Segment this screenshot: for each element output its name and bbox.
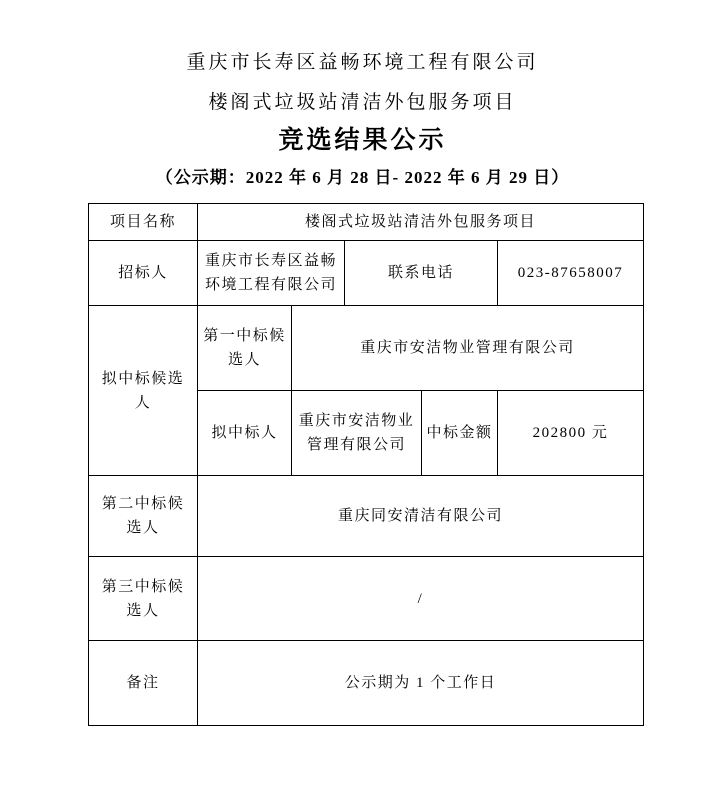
proposed-winner-label: 拟中标人 [198, 391, 292, 476]
remarks-label: 备注 [89, 641, 198, 726]
project-name-value: 楼阁式垃圾站清洁外包服务项目 [198, 204, 644, 241]
announcement-document: 重庆市长寿区益畅环境工程有限公司 楼阁式垃圾站清洁外包服务项目 竞选结果公示 （… [0, 0, 725, 726]
publicity-period: （公示期：2022 年 6 月 28 日- 2022 年 6 月 29 日） [0, 166, 725, 190]
second-candidate-value: 重庆同安清洁有限公司 [198, 476, 644, 557]
table-row-project-name: 项目名称 楼阁式垃圾站清洁外包服务项目 [89, 204, 644, 241]
second-candidate-label: 第二中标候 选人 [89, 476, 198, 557]
third-candidate-value: / [198, 557, 644, 641]
table-row-tenderer: 招标人 重庆市长寿区益畅 环境工程有限公司 联系电话 023-87658007 [89, 241, 644, 306]
tenderer-value: 重庆市长寿区益畅 环境工程有限公司 [198, 241, 345, 306]
announcement-heading: 竞选结果公示 [0, 125, 725, 157]
bid-amount-label: 中标金额 [422, 391, 498, 476]
first-candidate-label: 第一中标候 选人 [198, 306, 292, 391]
contact-phone-label: 联系电话 [345, 241, 498, 306]
tenderer-label: 招标人 [89, 241, 198, 306]
table-row-third-candidate: 第三中标候 选人 / [89, 557, 644, 641]
table-row-first-candidate: 拟中标候选 人 第一中标候 选人 重庆市安洁物业管理有限公司 [89, 306, 644, 391]
remarks-value: 公示期为 1 个工作日 [198, 641, 644, 726]
table-row-remarks: 备注 公示期为 1 个工作日 [89, 641, 644, 726]
company-title: 重庆市长寿区益畅环境工程有限公司 [0, 50, 725, 76]
contact-phone-value: 023-87658007 [498, 241, 644, 306]
third-candidate-label: 第三中标候 选人 [89, 557, 198, 641]
bid-amount-value: 202800 元 [498, 391, 644, 476]
result-table: 项目名称 楼阁式垃圾站清洁外包服务项目 招标人 重庆市长寿区益畅 环境工程有限公… [88, 203, 644, 726]
table-row-second-candidate: 第二中标候 选人 重庆同安清洁有限公司 [89, 476, 644, 557]
candidates-group-label: 拟中标候选 人 [89, 306, 198, 476]
proposed-winner-value: 重庆市安洁物业 管理有限公司 [292, 391, 422, 476]
project-title: 楼阁式垃圾站清洁外包服务项目 [0, 90, 725, 116]
project-name-label: 项目名称 [89, 204, 198, 241]
first-candidate-value: 重庆市安洁物业管理有限公司 [292, 306, 644, 391]
